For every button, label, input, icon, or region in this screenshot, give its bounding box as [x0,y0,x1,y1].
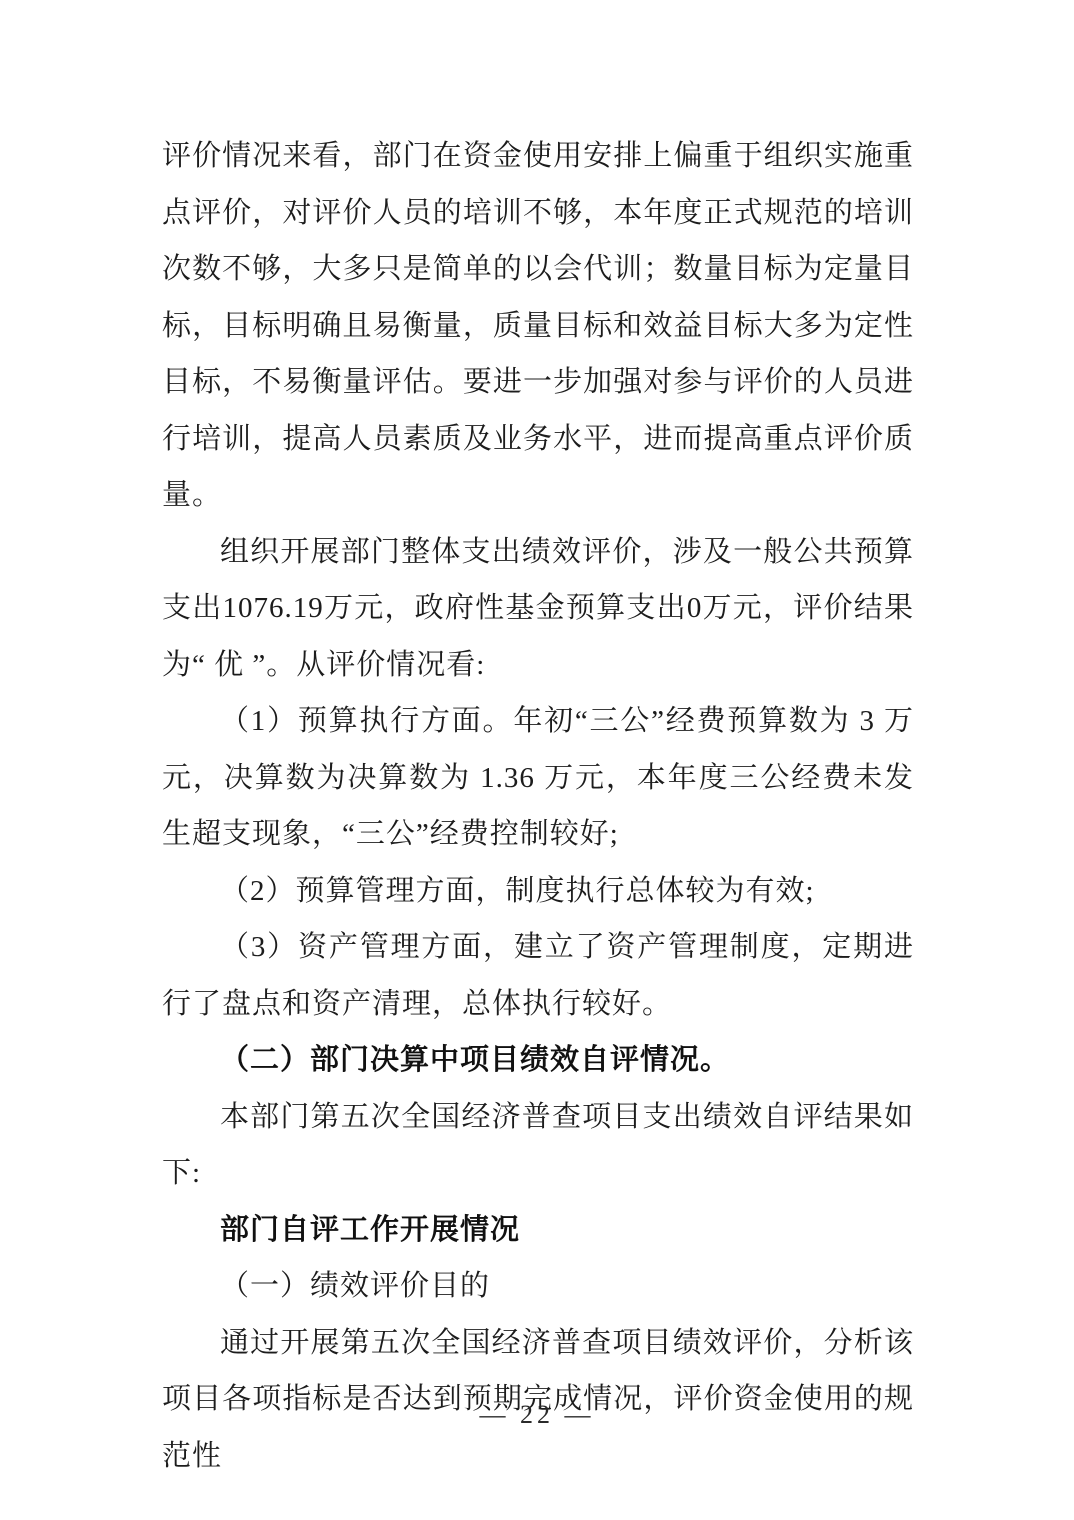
heading-self-evaluation-work-status: 部门自评工作开展情况 [162,1202,914,1259]
paragraph-item-3-asset-management: （3）资产管理方面，建立了资产管理制度，定期进行了盘点和资产清理，总体执行较好。 [162,919,914,1032]
paragraph-continuation-evaluation-summary: 评价情况来看，部门在资金使用安排上偏重于组织实施重点评价，对评价人员的培训不够，… [162,128,914,524]
heading-item-1-evaluation-purpose: （一）绩效评价目的 [162,1258,914,1315]
paragraph-overall-expenditure-evaluation: 组织开展部门整体支出绩效评价，涉及一般公共预算支出1076.19万元，政府性基金… [162,524,914,694]
heading-section-2-project-self-evaluation: （二）部门决算中项目绩效自评情况。 [162,1032,914,1089]
document-page: 评价情况来看，部门在资金使用安排上偏重于组织实施重点评价，对评价人员的培训不够，… [0,0,1074,1520]
paragraph-item-2-budget-management: （2）预算管理方面，制度执行总体较为有效; [162,863,914,920]
page-number: — 22 — [0,1400,1074,1430]
paragraph-self-evaluation-intro: 本部门第五次全国经济普查项目支出绩效自评结果如下: [162,1089,914,1202]
page-content: 评价情况来看，部门在资金使用安排上偏重于组织实施重点评价，对评价人员的培训不够，… [162,128,914,1484]
paragraph-item-1-budget-execution: （1）预算执行方面。年初“三公”经费预算数为 3 万元，决算数为决算数为 1.3… [162,693,914,863]
